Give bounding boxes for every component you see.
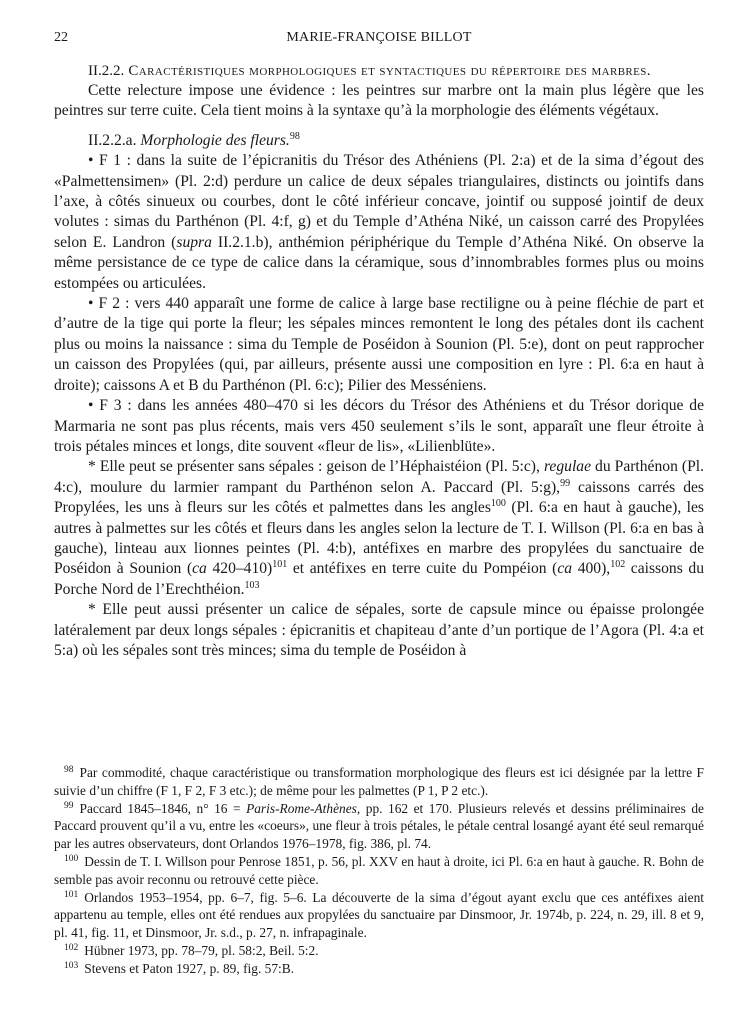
footnote-ref-98[interactable]: 98 bbox=[290, 131, 300, 142]
footnote-number: 99 bbox=[64, 801, 74, 811]
section-heading: II.2.2. Caractéristiques morphologiques … bbox=[54, 62, 704, 81]
footnote-text: Paccard 1845–1846, n° 16 = bbox=[80, 801, 247, 816]
subsection-number: II.2.2.a. bbox=[88, 132, 137, 149]
subsection-heading: II.2.2.a. Morphologie des fleurs.98 bbox=[54, 131, 704, 151]
footnote-ref-99[interactable]: 99 bbox=[560, 478, 570, 489]
paragraph-with-sepals: * Elle peut aussi présenter un calice de… bbox=[54, 600, 704, 661]
footnote-text: Orlandos 1953–1954, pp. 6–7, fig. 5–6. L… bbox=[54, 890, 704, 941]
text: 400), bbox=[572, 560, 610, 577]
footnote-ref-103[interactable]: 103 bbox=[245, 580, 260, 591]
footnote-ref-102[interactable]: 102 bbox=[610, 559, 625, 570]
footnotes: 98Par commodité, chaque caractéristique … bbox=[54, 764, 704, 978]
paragraph-f3: • F 3 : dans les années 480–470 si les d… bbox=[54, 396, 704, 457]
text: 420–410) bbox=[207, 560, 272, 577]
footnote-text: Stevens et Paton 1927, p. 89, fig. 57:B. bbox=[84, 961, 294, 976]
footnote-text: Hübner 1973, pp. 78–79, pl. 58:2, Beil. … bbox=[84, 943, 318, 958]
italic-ca: ca bbox=[192, 560, 207, 577]
italic-supra: supra bbox=[176, 234, 212, 251]
footnote-number: 103 bbox=[64, 961, 78, 971]
footnote-103: 103Stevens et Paton 1927, p. 89, fig. 57… bbox=[54, 960, 704, 978]
running-head: 22 MARIE-FRANÇOISE BILLOT bbox=[54, 28, 704, 48]
footnote-100: 100Dessin de T. I. Willson pour Penrose … bbox=[54, 853, 704, 889]
footnote-number: 101 bbox=[64, 890, 78, 900]
italic-title: Paris-Rome-Athènes bbox=[246, 801, 357, 816]
text: et antéfixes en terre cuite du Pompéion … bbox=[287, 560, 557, 577]
page-body: 22 MARIE-FRANÇOISE BILLOT II.2.2. Caract… bbox=[54, 28, 704, 661]
footnote-ref-101[interactable]: 101 bbox=[272, 559, 287, 570]
footnote-text: Par commodité, chaque caractéristique ou… bbox=[54, 765, 704, 798]
footnote-ref-100[interactable]: 100 bbox=[491, 498, 506, 509]
text: * Elle peut se présenter sans sépales : … bbox=[88, 458, 544, 475]
section-title: Caractéristiques morphologiques et synta… bbox=[128, 63, 651, 79]
running-head-author: MARIE-FRANÇOISE BILLOT bbox=[54, 28, 704, 48]
paragraph-f2: • F 2 : vers 440 apparaît une forme de c… bbox=[54, 294, 704, 396]
footnote-text: Dessin de T. I. Willson pour Penrose 185… bbox=[54, 854, 704, 887]
italic-ca: ca bbox=[557, 560, 572, 577]
footnote-101: 101Orlandos 1953–1954, pp. 6–7, fig. 5–6… bbox=[54, 889, 704, 942]
intro-paragraph: Cette relecture impose une évidence : le… bbox=[54, 81, 704, 122]
footnote-98: 98Par commodité, chaque caractéristique … bbox=[54, 764, 704, 800]
paragraph-f1: • F 1 : dans la suite de l’épicranitis d… bbox=[54, 151, 704, 294]
footnote-number: 102 bbox=[64, 943, 78, 953]
footnote-number: 100 bbox=[64, 854, 78, 864]
footnote-number: 98 bbox=[64, 765, 74, 775]
footnote-99: 99Paccard 1845–1846, n° 16 = Paris-Rome-… bbox=[54, 800, 704, 853]
paragraph-without-sepals: * Elle peut se présenter sans sépales : … bbox=[54, 457, 704, 600]
italic-regulae: regulae bbox=[544, 458, 591, 475]
section-number: II.2.2. bbox=[88, 63, 124, 79]
footnote-102: 102Hübner 1973, pp. 78–79, pl. 58:2, Bei… bbox=[54, 942, 704, 960]
subsection-title: Morphologie des fleurs. bbox=[140, 132, 289, 149]
